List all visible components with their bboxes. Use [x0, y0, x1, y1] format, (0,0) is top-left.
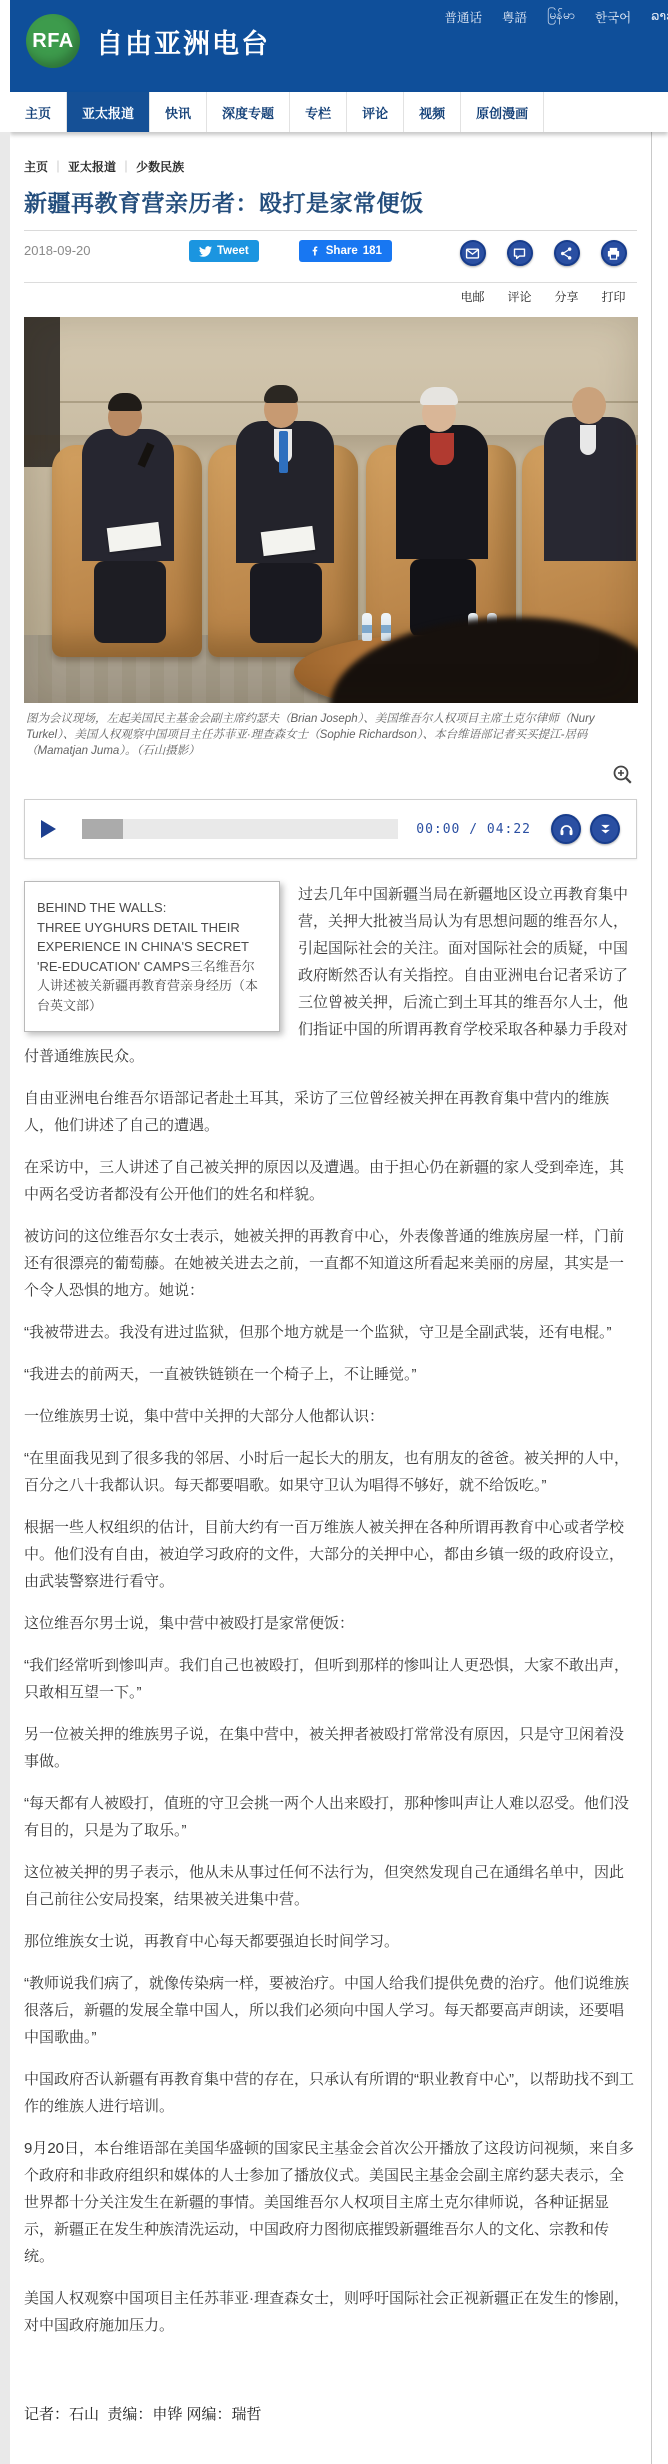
envelope-icon: [465, 246, 480, 261]
share-label: 分享: [543, 288, 590, 305]
double-chevron-down-icon: [597, 821, 614, 838]
audio-time: 00:00 / 04:22: [416, 822, 531, 837]
water-bottle: [487, 613, 497, 641]
photo-shadow: [24, 435, 638, 469]
water-bottle: [362, 613, 372, 641]
photo-chair: [522, 445, 638, 657]
article-paragraph: “在里面我见到了很多我的邻居、小时后一起长大的朋友，也有朋友的爸爸。被关押的人中…: [24, 1445, 637, 1499]
page: 普通话粤語မြန်မာ한국어ລາວ RFA 自由亚洲电台 主页亚太报道快讯深度专…: [10, 0, 668, 2464]
article-paragraph: “我被带进去。我没有进过监狱，但那个地方就是一个监狱，守卫是全副武装，还有电棍。…: [24, 1319, 637, 1346]
language-link[interactable]: 한국어: [595, 8, 631, 26]
photo-chair: [208, 445, 358, 657]
photo-caption: 图为会议现场，左起美国民主基金会副主席约瑟夫（Brian Joseph）、美国维…: [24, 703, 637, 759]
publish-date: 2018-09-20: [24, 243, 189, 258]
breadcrumb-link[interactable]: 少数民族: [136, 160, 184, 174]
nav-item[interactable]: 专栏: [290, 92, 347, 132]
share-toolbar: 2018-09-20 Tweet Share 181: [24, 231, 637, 276]
article-photo: [24, 317, 638, 703]
comment-button[interactable]: [507, 240, 533, 266]
headphones-icon: [558, 821, 575, 838]
article-body: BEHIND THE WALLS: THREE UYGHURS DETAIL T…: [24, 881, 637, 2339]
water-bottle: [468, 613, 478, 641]
audio-progress-track[interactable]: [82, 819, 398, 839]
language-link[interactable]: မြန်မာ: [547, 8, 575, 26]
article-paragraph: 一位维族男士说，集中营中关押的大部分人他都认识：: [24, 1403, 637, 1430]
share-icon: [559, 246, 574, 261]
photo-foreground-silhouette: [330, 617, 638, 703]
tweet-label: Tweet: [217, 245, 249, 257]
article-paragraph: 被访问的这位维吾尔女士表示，她被关押的再教育中心，外表像普通的维族房屋一样，门前…: [24, 1223, 637, 1304]
breadcrumb-link[interactable]: 亚太报道: [68, 160, 136, 174]
action-icons: [449, 240, 637, 266]
language-bar: 普通话粤語မြန်မာ한국어ລາວ: [444, 8, 668, 26]
water-bottle: [381, 613, 391, 641]
language-link[interactable]: ລາວ: [651, 8, 668, 26]
rfa-logo-text: RFA: [32, 30, 74, 53]
article-paragraph: 美国人权观察中国项目主任苏菲亚·理查森女士，则呼吁国际社会正视新疆正在发生的惨剧…: [24, 2285, 637, 2339]
article-paragraph: 9月20日，本台维语部在美国华盛顿的国家民主基金会首次公开播放了这段访问视频，来…: [24, 2135, 637, 2270]
photo-person-4: [544, 417, 636, 561]
twitter-bird-icon: [199, 245, 212, 258]
photo-chair: [366, 445, 516, 657]
facebook-icon: [309, 245, 321, 257]
photo-person-2: [236, 421, 334, 563]
speech-bubble-icon: [512, 246, 527, 261]
zoom-photo-icon[interactable]: [611, 763, 635, 787]
play-button[interactable]: [41, 820, 56, 838]
breadcrumb-link[interactable]: 主页: [24, 160, 68, 174]
article-paragraph: “教师说我们病了，就像传染病一样，要被治疗。中国人给我们提供免费的治疗。他们说维…: [24, 1970, 637, 2051]
action-icon-labels: 电邮 评论 分享 打印: [24, 282, 637, 317]
article-paragraph: “每天都有人被殴打，值班的守卫会挑一两个人出来殴打，那种惨叫声让人难以忍受。他们…: [24, 1790, 637, 1844]
photo-chair: [52, 445, 202, 657]
article-paragraph: 根据一些人权组织的估计，目前大约有一百万维族人被关押在各种所谓再教育中心或者学校…: [24, 1514, 637, 1595]
article-paragraph: 那位维族女士说，再教育中心每天都要强迫长时间学习。: [24, 1928, 637, 1955]
microphone: [137, 442, 154, 467]
photo-wall-seam: [24, 401, 638, 403]
article-paragraph: “我进去的前两天，一直被铁链锁在一个椅子上，不让睡觉。”: [24, 1361, 637, 1388]
tweet-button[interactable]: Tweet: [189, 240, 259, 262]
nav-item[interactable]: 视频: [404, 92, 461, 132]
facebook-share-button[interactable]: Share 181: [299, 240, 392, 262]
article-paragraph: 中国政府否认新疆有再教育集中营的存在，只承认有所谓的“职业教育中心”，以帮助找不…: [24, 2066, 637, 2120]
email-button[interactable]: [460, 240, 486, 266]
rfa-logo[interactable]: RFA: [26, 14, 80, 68]
language-link[interactable]: 普通话: [444, 8, 482, 26]
share-button[interactable]: [554, 240, 580, 266]
article-paragraph: 在采访中，三人讲述了自己被关押的原因以及遭遇。由于担心仍在新疆的家人受到牵连，其…: [24, 1154, 637, 1208]
print-label: 打印: [590, 288, 637, 305]
main-nav: 主页亚太报道快讯深度专题专栏评论视频原创漫画: [10, 92, 668, 132]
photo-carpet: [24, 635, 638, 703]
audio-progress-fill: [82, 819, 123, 839]
download-button[interactable]: [590, 814, 620, 844]
email-label: 电邮: [449, 288, 496, 305]
nav-item[interactable]: 主页: [10, 92, 67, 132]
comment-label: 评论: [496, 288, 543, 305]
article-paragraph: 自由亚洲电台维吾尔语部记者赴土耳其，采访了三位曾经被关押在再教育集中营内的维族人…: [24, 1085, 637, 1139]
photo-table: [294, 635, 554, 703]
nav-item[interactable]: 深度专题: [207, 92, 290, 132]
article-paragraph: 另一位被关押的维族男子说，在集中营中，被关押者被殴打常常没有原因，只是守卫闲着没…: [24, 1721, 637, 1775]
article-paragraph: 这位被关押的男子表示，他从未从事过任何不法行为，但突然发现自己在通缉名单中，因此…: [24, 1859, 637, 1913]
printer-icon: [606, 246, 621, 261]
article-credits: 记者：石山 责编：申铧 网编：瑞哲: [24, 2403, 637, 2424]
nav-item[interactable]: 原创漫画: [461, 92, 544, 132]
site-brand[interactable]: 自由亚洲电台: [96, 22, 270, 61]
photo-screen: [24, 317, 60, 467]
facebook-share-label: Share: [326, 245, 358, 257]
photo-person-1: [82, 429, 174, 561]
nav-item[interactable]: 亚太报道: [67, 92, 150, 132]
facebook-share-count: 181: [363, 245, 382, 257]
article-paragraph: 这位维吾尔男士说，集中营中被殴打是家常便饭：: [24, 1610, 637, 1637]
related-story-note[interactable]: BEHIND THE WALLS: THREE UYGHURS DETAIL T…: [24, 881, 280, 1032]
photo-person-3: [396, 425, 488, 559]
article-paragraph: “我们经常听到惨叫声。我们自己也被殴打，但听到那样的惨叫让人更恐惧，大家不敢出声…: [24, 1652, 637, 1706]
language-link[interactable]: 粤語: [502, 8, 527, 26]
print-button[interactable]: [601, 240, 627, 266]
site-header: 普通话粤語မြန်မာ한국어ລາວ RFA 自由亚洲电台: [10, 0, 668, 92]
page-title: 新疆再教育营亲历者：殴打是家常便饭: [24, 185, 637, 218]
nav-item[interactable]: 快讯: [150, 92, 207, 132]
listen-button[interactable]: [551, 814, 581, 844]
nav-item[interactable]: 评论: [347, 92, 404, 132]
article-column: 主页亚太报道少数民族 新疆再教育营亲历者：殴打是家常便饭 2018-09-20 …: [10, 132, 652, 2464]
breadcrumb: 主页亚太报道少数民族: [24, 132, 637, 175]
audio-player: 00:00 / 04:22: [24, 799, 637, 859]
